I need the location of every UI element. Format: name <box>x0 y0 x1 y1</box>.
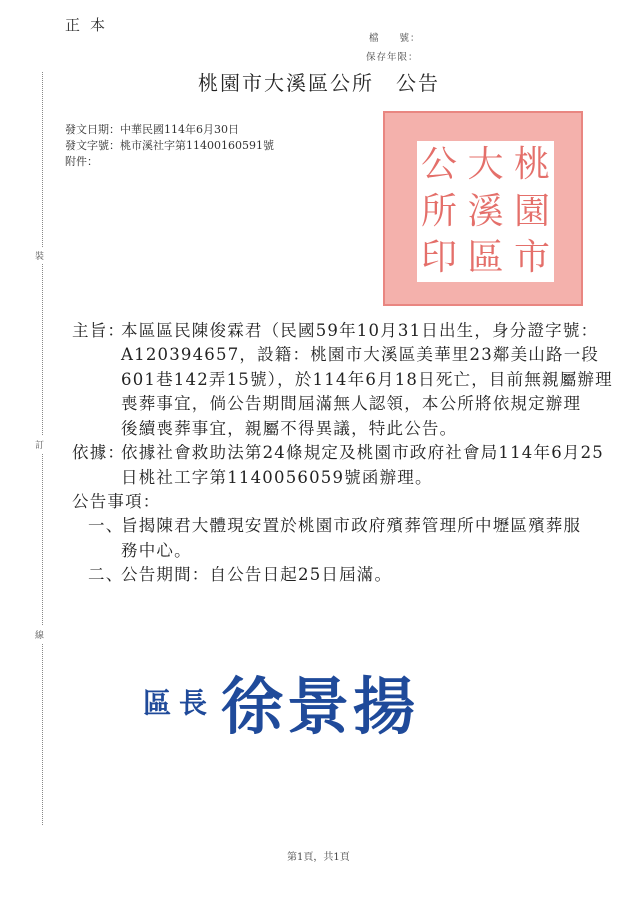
seal-column-2: 大 溪 區 <box>467 143 503 280</box>
seal-char: 大 <box>467 143 503 187</box>
subject-line: 後續喪葬事宜，親屬不得異議，特此公告。 <box>121 415 457 439</box>
binding-mark-xian: 線 <box>35 626 44 643</box>
title-org: 桃園市大溪區公所 <box>198 71 374 95</box>
official-seal-stamp: 桃 園 市 大 溪 區 公 所 印 <box>383 111 583 306</box>
seal-char: 桃 <box>514 143 550 187</box>
signature-name: 徐景揚 <box>221 670 419 743</box>
subject-label: 主旨： <box>72 317 125 341</box>
seal-char: 溪 <box>467 190 503 234</box>
notice-item-marker: 一、 <box>88 512 123 536</box>
subject-line: A120394657，設籍：桃園市大溪區美華里23鄰美山路一段 <box>121 341 599 365</box>
seal-column-3: 公 所 印 <box>421 143 457 280</box>
signature-title: 區長 <box>143 687 215 720</box>
issue-number: 發文字號：桃市溪社字第11400160591號 <box>65 137 274 153</box>
basis-line: 日桃社工字第1140056059號函辦理。 <box>121 464 433 488</box>
basis-line: 依據社會救助法第24條規定及桃園市政府社會局114年6月25 <box>121 439 604 463</box>
seal-char: 區 <box>467 236 503 280</box>
seal-char: 所 <box>421 190 457 234</box>
notice-item-line: 務中心。 <box>121 537 192 561</box>
issue-date: 發文日期：中華民國114年6月30日 <box>65 121 239 137</box>
seal-char: 園 <box>514 190 550 234</box>
seal-char: 市 <box>514 236 550 280</box>
binding-mark-ding: 訂 <box>35 436 44 453</box>
title-doc-type: 公告 <box>396 71 440 95</box>
page-title: 桃園市大溪區公所公告 <box>198 67 440 96</box>
notice-item-line: 公告期間：自公告日起25日屆滿。 <box>121 561 392 585</box>
file-number-label: 檔號： <box>369 30 421 44</box>
basis-label: 依據： <box>72 439 125 463</box>
seal-inner: 桃 園 市 大 溪 區 公 所 印 <box>417 141 554 282</box>
copy-mark: 正本 <box>65 14 115 35</box>
retention-period-label: 保存年限： <box>366 49 419 63</box>
seal-column-1: 桃 園 市 <box>514 143 550 280</box>
notice-item-marker: 二、 <box>88 561 123 585</box>
notice-item-line: 旨揭陳君大體現安置於桃園市政府殯葬管理所中壢區殯葬服 <box>121 512 581 536</box>
subject-line: 601巷142弄15號），於114年6月18日死亡，目前無親屬辦理 <box>121 366 613 390</box>
notice-items-label: 公告事項： <box>72 488 161 512</box>
attachment-label: 附件： <box>65 153 98 169</box>
file-number-label-a: 檔 <box>369 33 380 44</box>
page-number: 第1頁，共1頁 <box>287 848 350 863</box>
subject-line: 本區區民陳俊霖君（民國59年10月31日出生，身分證字號： <box>121 317 598 341</box>
seal-char: 公 <box>421 143 457 187</box>
binding-mark-zhuang: 裝 <box>35 247 44 264</box>
seal-char: 印 <box>421 236 457 280</box>
signature-stamp: 區長徐景揚 <box>143 657 419 746</box>
file-number-label-b: 號： <box>400 33 421 44</box>
subject-line: 喪葬事宜，倘公告期間屆滿無人認領，本公所將依規定辦理 <box>121 390 581 414</box>
